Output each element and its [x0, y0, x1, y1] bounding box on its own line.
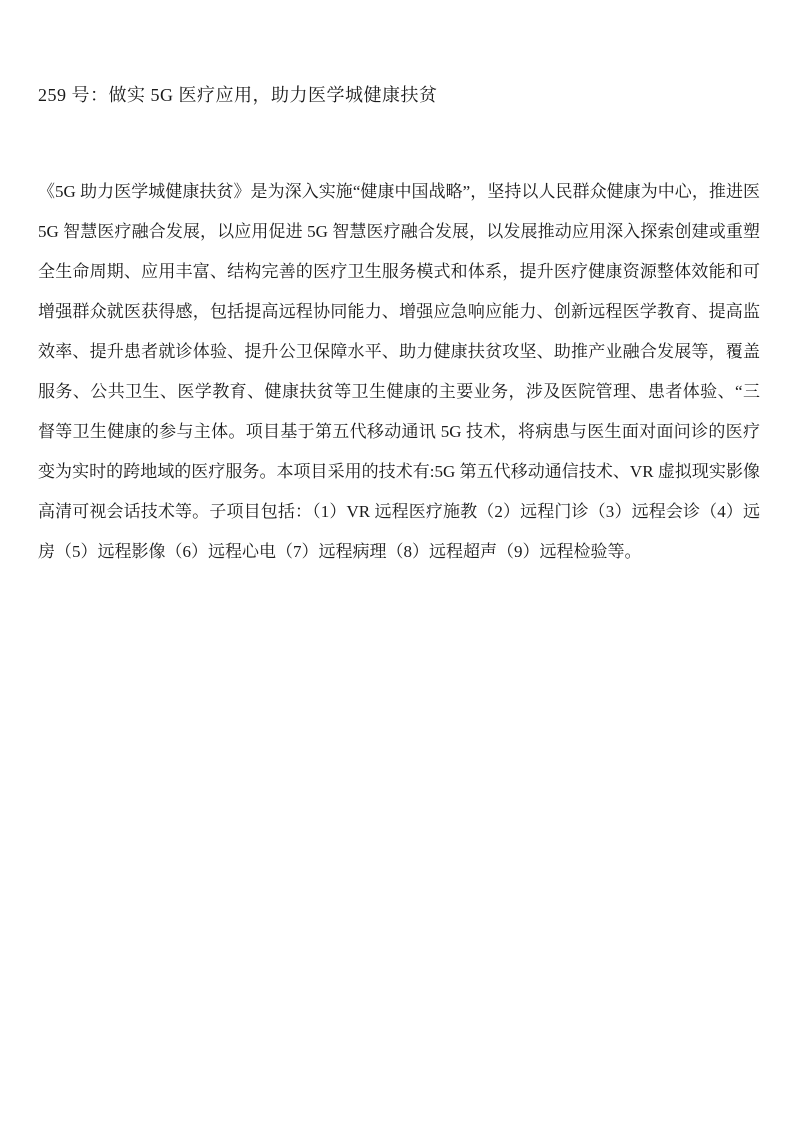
paragraph-line: 全生命周期、应用丰富、结构完善的医疗卫生服务模式和体系，提升医疗健康资源整体效能…: [38, 252, 760, 292]
paragraph-line: 增强群众就医获得感，包括提高远程协同能力、增强应急响应能力、创新远程医学教育、提…: [38, 292, 760, 332]
paragraph-line: 《5G 助力医学城健康扶贫》是为深入实施“健康中国战略”，坚持以人民群众健康为中…: [38, 172, 760, 212]
paragraph-line: 服务、公共卫生、医学教育、健康扶贫等卫生健康的主要业务，涉及医院管理、患者体验、…: [38, 372, 760, 412]
body-paragraph: 《5G 助力医学城健康扶贫》是为深入实施“健康中国战略”，坚持以人民群众健康为中…: [38, 172, 760, 572]
paragraph-line: 高清可视会话技术等。子项目包括：（1）VR 远程医疗施教（2）远程门诊（3）远程…: [38, 492, 760, 532]
document-page: 259 号：做实 5G 医疗应用，助力医学城健康扶贫 《5G 助力医学城健康扶贫…: [0, 0, 800, 1131]
document-title: 259 号：做实 5G 医疗应用，助力医学城健康扶贫: [38, 82, 760, 108]
paragraph-line: 5G 智慧医疗融合发展，以应用促进 5G 智慧医疗融合发展，以发展推动应用深入探…: [38, 212, 760, 252]
paragraph-line: 房（5）远程影像（6）远程心电（7）远程病理（8）远程超声（9）远程检验等。: [38, 532, 760, 572]
paragraph-line: 变为实时的跨地域的医疗服务。本项目采用的技术有:5G 第五代移动通信技术、VR …: [38, 452, 760, 492]
paragraph-line: 效率、提升患者就诊体验、提升公卫保障水平、助力健康扶贫攻坚、助推产业融合发展等，…: [38, 332, 760, 372]
paragraph-line: 督等卫生健康的参与主体。项目基于第五代移动通讯 5G 技术，将病患与医生面对面问…: [38, 412, 760, 452]
